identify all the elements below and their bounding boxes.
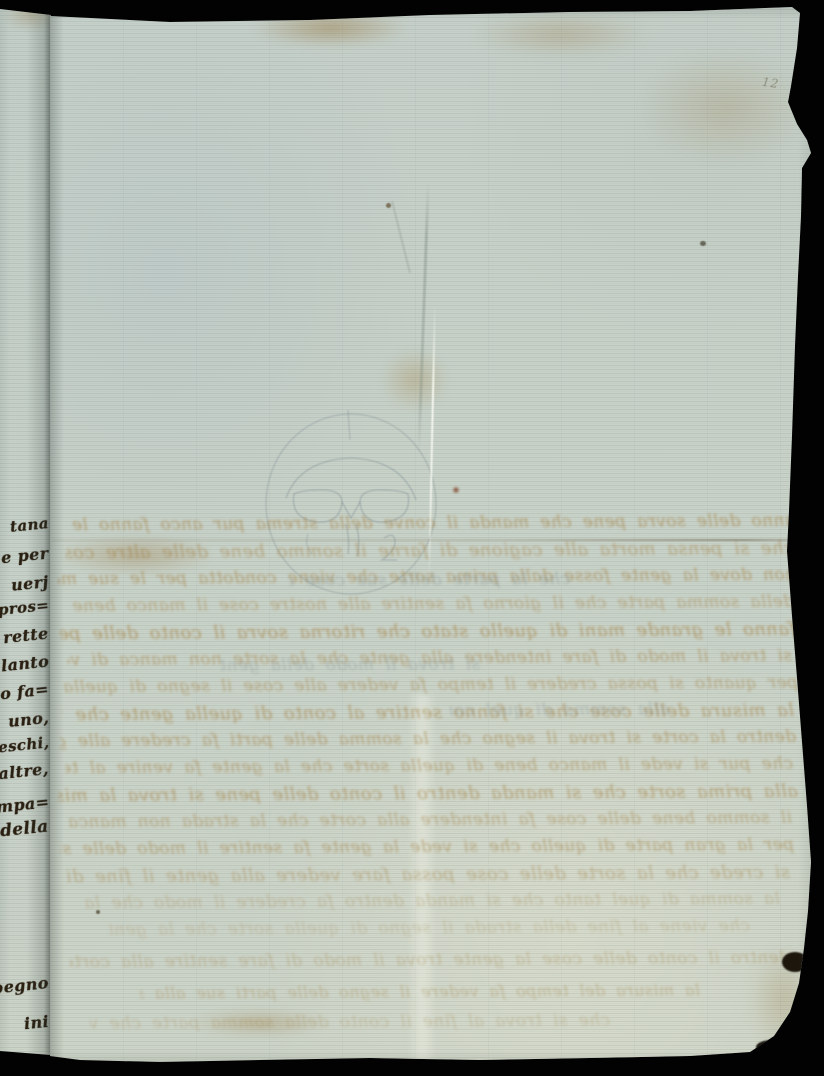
facing-page-strip: tanae peruerjspros=rettelantoo fa=uno,es… [0,6,51,1060]
ink-blot [796,998,814,1024]
gutter-shadow [0,6,51,1060]
manuscript-page: anno delle sovra pene che manda il conve… [50,6,816,1066]
ink-blot [806,931,815,940]
manuscript-scan-scene: tanae peruerjspros=rettelantoo fa=uno,es… [0,0,824,1076]
edge-shading [50,6,816,1066]
